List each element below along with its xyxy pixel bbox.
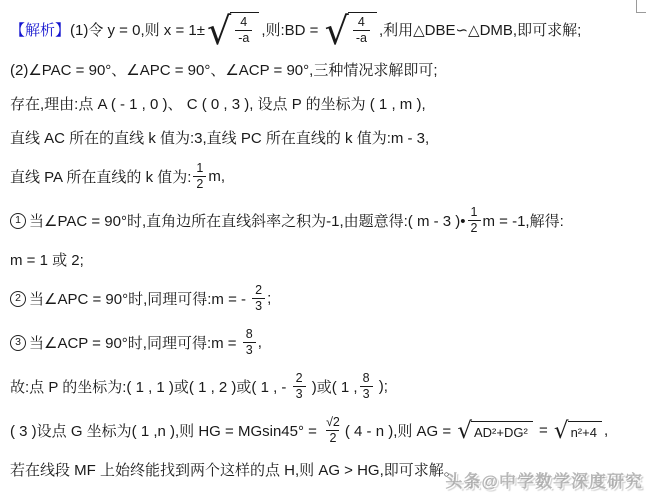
text-run: ( 3 )设点 G 坐标为( 1 ,n ),则 HG = MGsin45° = (10, 420, 321, 441)
solution-line-case3-acp: 3当∠ACP = 90°时,同理可得:m = 83, (10, 327, 642, 358)
fraction-denominator: 2 (468, 220, 481, 236)
radical-content: n²+4 (568, 421, 602, 440)
text-run: , (604, 422, 608, 439)
text-run: 故:点 P 的坐标为:( 1 , 1 )或( 1 , 2 )或( 1 , - (10, 376, 291, 397)
text-run: 当∠APC = 90°时,同理可得:m = - (29, 288, 250, 309)
solution-line-analysis-part2: (2)∠PAC = 90°、∠APC = 90°、∠ACP = 90°,三种情况… (10, 59, 642, 80)
circled-number: 2 (10, 291, 26, 307)
text-run: m = -1,解得: (483, 210, 564, 231)
fraction-denominator: 3 (243, 342, 256, 358)
solution-line-analysis-part1: 【解析】(1)令 y = 0,则 x = 1±√4-a,则:BD = √4-a,… (10, 12, 642, 46)
fraction-numerator: 8 (243, 327, 256, 342)
fraction: 83 (360, 371, 373, 402)
fraction-numerator: 4 (237, 15, 250, 30)
radical-content: 4-a (348, 12, 377, 46)
solution-line-case1-result: m = 1 或 2; (10, 249, 642, 270)
text-run: m, (208, 168, 225, 185)
radical: √AD²+DG² (457, 421, 532, 440)
text-run: 直线 AC 所在的直线 k 值为:3,直线 PC 所在直线的 k 值为:m - … (10, 127, 429, 148)
text-run: AD²+DG² (474, 425, 528, 440)
document-page: 【解析】(1)令 y = 0,则 x = 1±√4-a,则:BD = √4-a,… (0, 0, 646, 500)
text-run: = (535, 422, 552, 439)
fraction: 4-a (235, 15, 252, 46)
fraction-denominator: 3 (360, 386, 373, 402)
fraction-denominator: 3 (252, 298, 265, 314)
text-run: 存在,理由:点 A ( - 1 , 0 )、 C ( 0 , 3 ), 设点 P… (10, 93, 426, 114)
radical-sign-icon: √ (325, 12, 349, 46)
text-run: n²+4 (571, 425, 597, 440)
solution-line-case2-apc: 2当∠APC = 90°时,同理可得:m = - 23; (10, 283, 642, 314)
fraction-numerator: 1 (468, 205, 481, 220)
fraction: 4-a (353, 15, 370, 46)
solution-line-exist-reason: 存在,理由:点 A ( - 1 , 0 )、 C ( 0 , 3 ), 设点 P… (10, 93, 642, 114)
circled-number: 3 (10, 335, 26, 351)
fraction-numerator: 1 (193, 161, 206, 176)
solution-text: 【解析】(1)令 y = 0,则 x = 1±√4-a,则:BD = √4-a,… (10, 12, 642, 480)
fraction: 83 (243, 327, 256, 358)
text-run: 直线 PA 所在直线的 k 值为: (10, 166, 191, 187)
radical-content: AD²+DG² (471, 421, 533, 440)
radical: √4-a (325, 12, 377, 46)
fraction-denominator: 2 (326, 430, 339, 446)
text-run: (1)令 y = 0,则 x = 1± (70, 19, 205, 40)
text-run: 若在线段 MF 上始终能找到两个这样的点 H,则 AG > HG,即可求解。 (10, 459, 459, 480)
fraction-denominator: -a (353, 30, 370, 46)
solution-line-p-coordinates: 故:点 P 的坐标为:( 1 , 1 )或( 1 , 2 )或( 1 , - 2… (10, 371, 642, 402)
text-run: ); (375, 378, 388, 395)
fraction-numerator: 2 (252, 283, 265, 298)
fraction-denominator: -a (235, 30, 252, 46)
radical-sign-icon: √ (554, 421, 569, 440)
section-label: 【解析】 (10, 19, 70, 40)
text-run: ,则:BD = (261, 19, 322, 40)
solution-line-case1-pac: 1当∠PAC = 90°时,直角边所在直线斜率之积为-1,由题意得:( m - … (10, 205, 642, 236)
fraction: 23 (252, 283, 265, 314)
text-run: , (258, 334, 262, 351)
cursor-mark (636, 0, 646, 13)
radical: √4-a (207, 12, 259, 46)
fraction-denominator: 2 (193, 176, 206, 192)
radical-sign-icon: √ (207, 12, 231, 46)
text-run: ,利用△DBE∽△DMB,即可求解; (379, 19, 581, 40)
text-run: ; (267, 290, 271, 307)
fraction-numerator: 8 (360, 371, 373, 386)
text-run: 当∠PAC = 90°时,直角边所在直线斜率之积为-1,由题意得:( m - 3… (29, 210, 466, 231)
fraction-denominator: 3 (293, 386, 306, 402)
fraction: 23 (293, 371, 306, 402)
fraction-numerator: 2 (293, 371, 306, 386)
text-run: ( 4 - n ),则 AG = (345, 420, 455, 441)
text-run: )或( 1 , (308, 376, 358, 397)
solution-line-part3-condition: 若在线段 MF 上始终能找到两个这样的点 H,则 AG > HG,即可求解。 (10, 459, 642, 480)
radical: √n²+4 (554, 421, 602, 440)
fraction: 12 (193, 161, 206, 192)
solution-line-part3-setup: ( 3 )设点 G 坐标为( 1 ,n ),则 HG = MGsin45° = … (10, 415, 642, 446)
text-run: m = 1 或 2; (10, 249, 84, 270)
fraction-numerator: 4 (355, 15, 368, 30)
fraction: √22 (323, 415, 343, 446)
fraction: 12 (468, 205, 481, 236)
text-run: (2)∠PAC = 90°、∠APC = 90°、∠ACP = 90°,三种情况… (10, 59, 438, 80)
text-run: 当∠ACP = 90°时,同理可得:m = (29, 332, 241, 353)
circled-number: 1 (10, 213, 26, 229)
fraction-numerator: √2 (323, 415, 343, 430)
solution-line-slope-pa: 直线 PA 所在直线的 k 值为:12m, (10, 161, 642, 192)
radical-content: 4-a (230, 12, 259, 46)
solution-line-slope-ac-pc: 直线 AC 所在的直线 k 值为:3,直线 PC 所在直线的 k 值为:m - … (10, 127, 642, 148)
radical-sign-icon: √ (457, 421, 472, 440)
